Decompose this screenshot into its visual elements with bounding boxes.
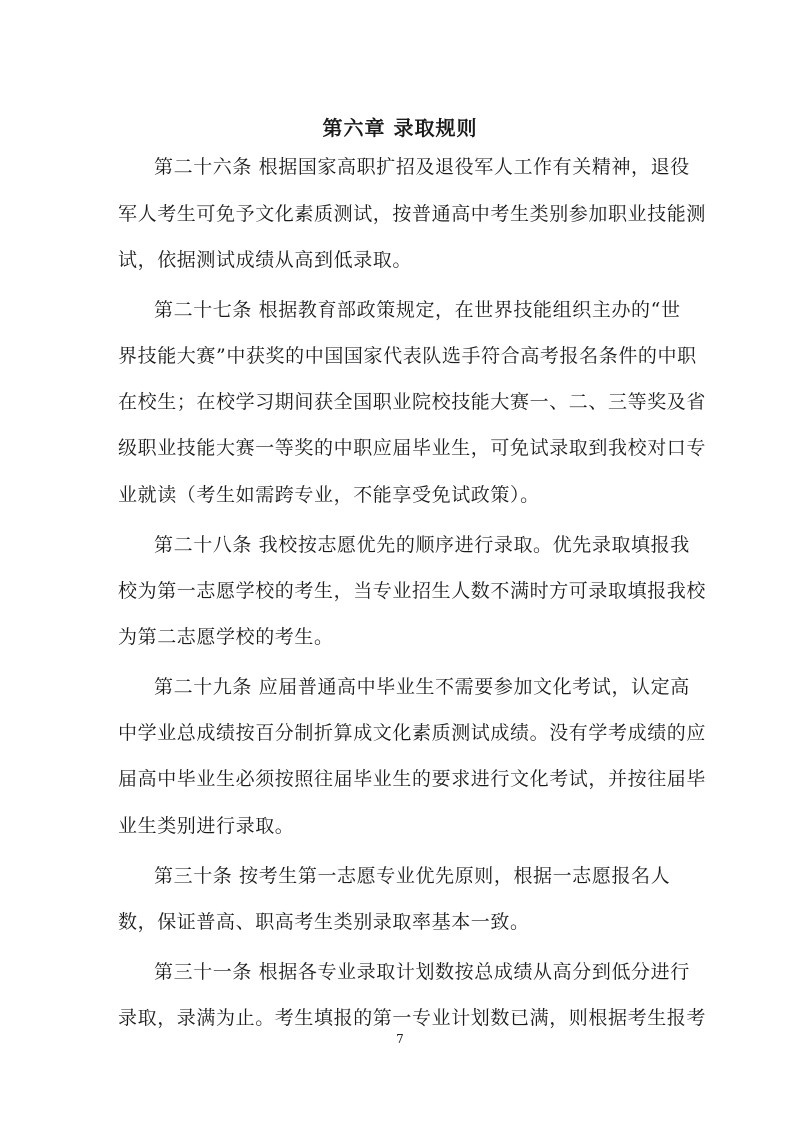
page-number: 7 (0, 1032, 800, 1046)
paragraph-line: 界技能大赛”中获奖的中国国家代表队选手符合高考报名条件的中职 (118, 341, 697, 368)
document-page: 第六章 录取规则 第二十六条 根据国家高职扩招及退役军人工作有关精神，退役军人考… (0, 0, 800, 1131)
article-first-line: 第三十条 按考生第一志愿专业优先原则，根据一志愿报名人 (154, 861, 670, 888)
paragraph-line: 级职业技能大赛一等奖的中职应届毕业生，可免试录取到我校对口专 (118, 433, 706, 460)
paragraph-line: 校为第一志愿学校的考生，当专业招生人数不满时方可录取填报我校 (118, 576, 706, 603)
paragraph-line: 试，依据测试成绩从高到低录取。 (118, 245, 412, 272)
paragraph-line: 业生类别进行录取。 (118, 811, 294, 838)
article-first-line: 第三十一条 根据各专业录取计划数按总成绩从高分到低分进行 (154, 957, 690, 984)
chapter-title: 第六章 录取规则 (0, 112, 800, 141)
paragraph-line: 届高中毕业生必须按照往届毕业生的要求进行文化考试，并按往届毕 (118, 764, 706, 791)
article-first-line: 第二十八条 我校按志愿优先的顺序进行录取。优先录取填报我 (154, 530, 690, 557)
paragraph-line: 在校生；在校学习期间获全国职业院校技能大赛一、二、三等奖及省 (118, 387, 706, 414)
paragraph-line: 录取，录满为止。考生填报的第一专业计划数已满，则根据考生报考 (118, 1003, 706, 1030)
paragraph-line: 为第二志愿学校的考生。 (118, 622, 334, 649)
paragraph-line: 业就读（考生如需跨专业，不能享受免试政策）。 (118, 480, 540, 507)
paragraph-line: 数，保证普高、职高考生类别录取率基本一致。 (118, 907, 530, 934)
paragraph-line: 中学业总成绩按百分制折算成文化素质测试成绩。没有学考成绩的应 (118, 718, 706, 745)
article-first-line: 第二十九条 应届普通高中毕业生不需要参加文化考试，认定高 (154, 672, 690, 699)
article-first-line: 第二十六条 根据国家高职扩招及退役军人工作有关精神，退役 (154, 152, 690, 179)
article-first-line: 第二十七条 根据教育部政策规定，在世界技能组织主办的“世 (154, 295, 681, 322)
paragraph-line: 军人考生可免予文化素质测试，按普通高中考生类别参加职业技能测 (118, 199, 706, 226)
